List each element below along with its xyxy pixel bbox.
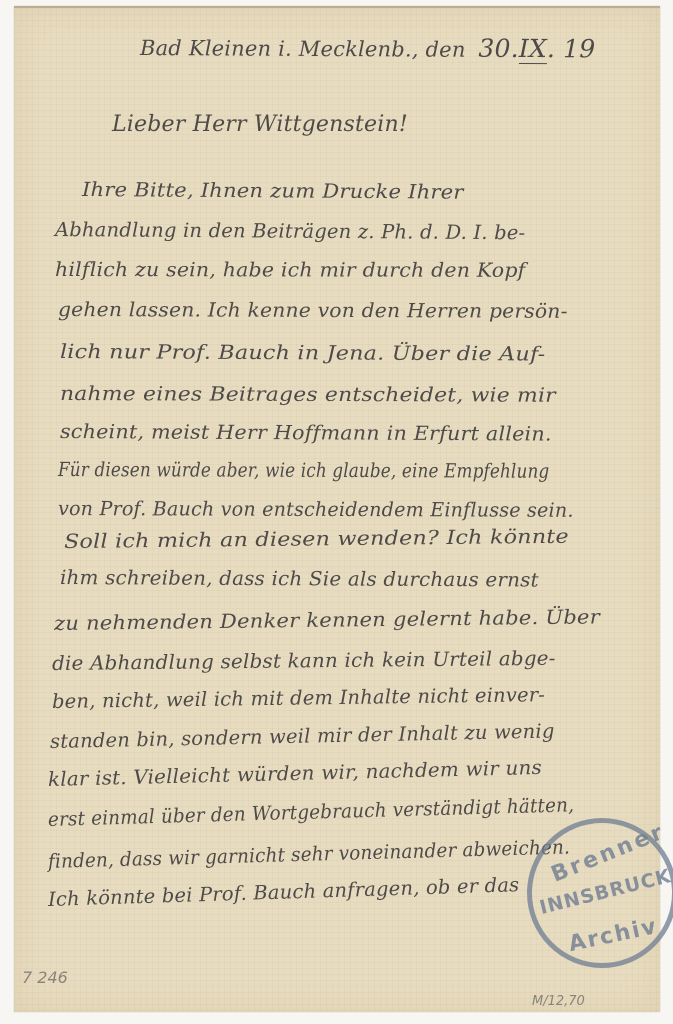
date-year: . 19 <box>547 34 596 63</box>
stamp-line-3: Archiv <box>566 914 660 957</box>
date-month: IX <box>519 34 547 64</box>
pencil-note-bottom-right: M/12,70 <box>532 994 585 1009</box>
salutation: Lieber Herr Wittgenstein! <box>112 112 408 137</box>
body-line: Abhandlung in den Beiträgen z. Ph. d. D.… <box>55 218 526 244</box>
body-line: Ihre Bitte, Ihnen zum Drucke Ihrer <box>82 178 464 204</box>
place: Bad Kleinen i. Mecklenb., den <box>140 36 466 62</box>
body-line: von Prof. Bauch von entscheidendem Einfl… <box>58 497 574 522</box>
pencil-note-bottom-left: 7 246 <box>22 968 68 987</box>
body-line: Für diesen würde aber, wie ich glaube, e… <box>58 458 549 483</box>
body-line: lich nur Prof. Bauch in Jena. Über die A… <box>60 340 546 366</box>
archive-stamp: Brenner INNSBRUCK Archiv <box>527 818 673 968</box>
place-date-line: Bad Kleinen i. Mecklenb., den 30.IX. 19 <box>140 32 596 63</box>
body-line: gehen lassen. Ich kenne von den Herren p… <box>58 298 568 323</box>
body-line: scheint, meist Herr Hoffmann in Erfurt a… <box>60 420 552 446</box>
body-line: ihm schreiben, dass ich Sie als durchaus… <box>60 566 539 592</box>
body-line: nahme eines Beitrages entscheidet, wie m… <box>60 382 556 407</box>
date-day: 30. <box>478 34 519 63</box>
body-line: hilflich zu sein, habe ich mir durch den… <box>55 258 525 282</box>
